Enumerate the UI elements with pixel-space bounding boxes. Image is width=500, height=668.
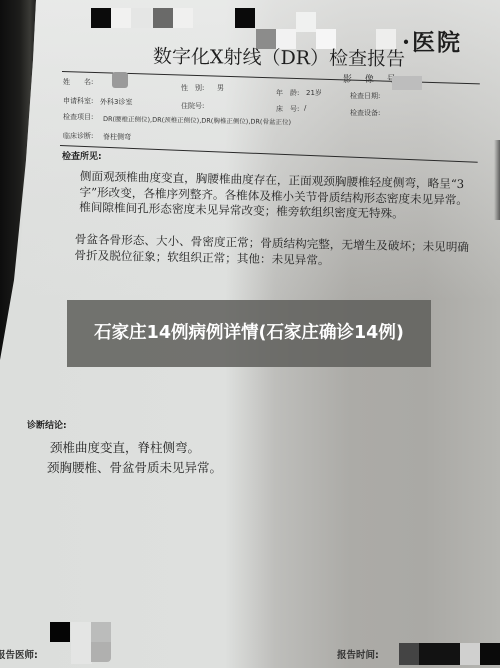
findings-paragraph-spine: 侧面观颈椎曲度变直，胸腰椎曲度存在，正面观颈胸腰椎轻度侧弯，略呈“3字”形改变，… [79, 169, 472, 224]
conclusion-line-2: 颈胸腰椎、骨盆骨质未见异常。 [47, 458, 222, 476]
findings-heading: 检查所见: [62, 149, 102, 162]
age-value: 21岁 [306, 88, 322, 98]
conclusion-line-1: 颈椎曲度变直，脊柱侧弯。 [50, 438, 200, 456]
hospital-name: ·医院 [402, 24, 462, 57]
report-doctor-label: 报告医师: [0, 647, 38, 661]
redacted-image-number [392, 76, 422, 90]
bed-label: 床 号: [276, 104, 299, 114]
name-label: 姓 名: [63, 77, 93, 87]
conclusion-heading: 诊断结论: [27, 418, 67, 431]
department-label: 申请科室: [63, 96, 93, 106]
age-label: 年 龄: [276, 88, 299, 98]
caption-text: 石家庄14例病例详情(石家庄确诊14例) [74, 321, 424, 346]
clinical-diagnosis-label: 临床诊断: [63, 131, 93, 141]
bed-value: / [304, 104, 306, 112]
exam-date-label: 检查日期: [350, 91, 380, 101]
paper-right-shadow [494, 140, 500, 220]
report-title: 数字化X射线（DR）检查报告 [153, 42, 405, 72]
redacted-name [112, 72, 128, 88]
inpatient-no-label: 住院号: [181, 101, 204, 111]
report-time-label: 报告时间: [337, 647, 379, 661]
exam-items-label: 检查项目: [63, 112, 93, 122]
department-value: 外科3诊室 [100, 97, 132, 107]
sex-value: 男 [217, 83, 224, 93]
caption-overlay: 石家庄14例病例详情(石家庄确诊14例) [67, 300, 431, 367]
clinical-diagnosis-value: 脊柱侧弯 [103, 132, 131, 142]
equipment-label: 检查设备: [350, 108, 380, 118]
sex-label: 性 别: [181, 83, 204, 93]
